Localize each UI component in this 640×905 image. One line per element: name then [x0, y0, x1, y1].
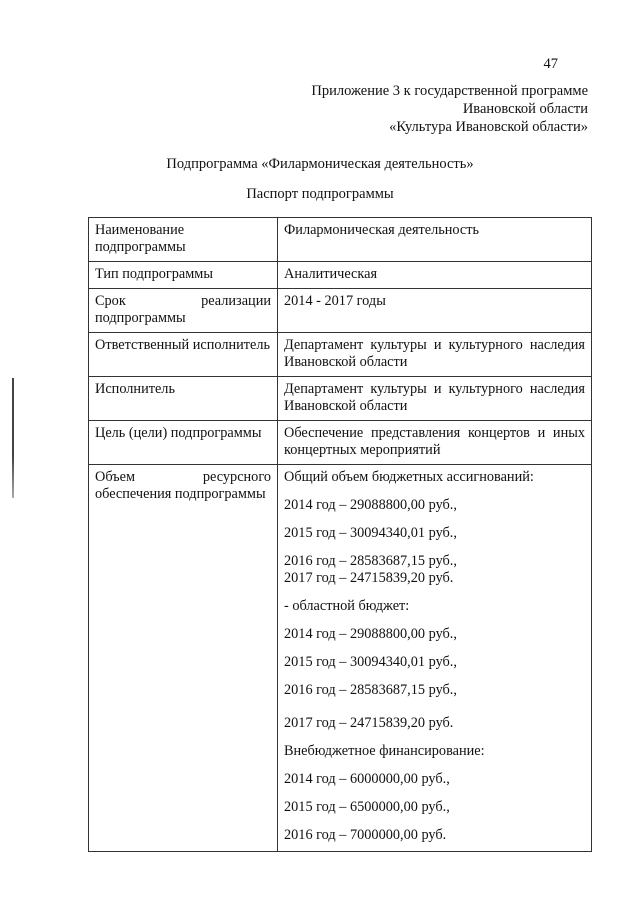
total-2017: 2017 год – 24715839,20 руб.: [284, 570, 585, 587]
passport-table: Наименование подпрограммы Филармоническа…: [88, 217, 592, 852]
extrabudget-header: Внебюджетное финансирование:: [284, 743, 585, 760]
total-2015: 2015 год – 30094340,01 руб.,: [284, 525, 585, 542]
regional-2017: 2017 год – 24715839,20 руб.: [284, 715, 585, 732]
regional-2014: 2014 год – 29088800,00 руб.,: [284, 626, 585, 643]
subprogram-title: Подпрограмма «Филармоническая деятельнос…: [0, 156, 640, 173]
regional-2016: 2016 год – 28583687,15 руб.,: [284, 682, 585, 699]
table-row: Ответственный исполнитель Департамент ку…: [89, 333, 592, 377]
extrabudget-2015: 2015 год – 6500000,00 руб.,: [284, 799, 585, 816]
passport-title: Паспорт подпрограммы: [0, 186, 640, 203]
row-label: Срок реализации подпрограммы: [89, 289, 278, 333]
row-label: Тип подпрограммы: [89, 262, 278, 289]
margin-mark: [12, 378, 14, 498]
funding-label: Объем ресурсного обеспечения подпрограмм…: [89, 465, 278, 852]
appendix-header: Приложение 3 к государственной программе…: [311, 82, 588, 136]
row-label: Наименование подпрограммы: [89, 218, 278, 262]
row-label: Цель (цели) подпрограммы: [89, 421, 278, 465]
row-label: Ответственный исполнитель: [89, 333, 278, 377]
row-value: Обеспечение представления концертов и ин…: [278, 421, 592, 465]
table-row: Срок реализации подпрограммы 2014 - 2017…: [89, 289, 592, 333]
row-value: Департамент культуры и культурного насле…: [278, 377, 592, 421]
funding-row: Объем ресурсного обеспечения подпрограмм…: [89, 465, 592, 852]
page-number: 47: [544, 56, 559, 73]
funding-value: Общий объем бюджетных ассигнований: 2014…: [278, 465, 592, 852]
row-label: Исполнитель: [89, 377, 278, 421]
row-value: Департамент культуры и культурного насле…: [278, 333, 592, 377]
table-row: Цель (цели) подпрограммы Обеспечение пре…: [89, 421, 592, 465]
extrabudget-2016: 2016 год – 7000000,00 руб.: [284, 827, 585, 844]
extrabudget-2014: 2014 год – 6000000,00 руб.,: [284, 771, 585, 788]
total-2016: 2016 год – 28583687,15 руб.,: [284, 553, 585, 570]
table-row: Наименование подпрограммы Филармоническа…: [89, 218, 592, 262]
row-value: 2014 - 2017 годы: [278, 289, 592, 333]
appendix-line-2: Ивановской области: [311, 100, 588, 118]
row-value: Аналитическая: [278, 262, 592, 289]
regional-header: - областной бюджет:: [284, 598, 585, 615]
appendix-line-3: «Культура Ивановской области»: [311, 118, 588, 136]
regional-2015: 2015 год – 30094340,01 руб.,: [284, 654, 585, 671]
appendix-line-1: Приложение 3 к государственной программе: [311, 82, 588, 100]
total-2014: 2014 год – 29088800,00 руб.,: [284, 497, 585, 514]
row-value: Филармоническая деятельность: [278, 218, 592, 262]
table-row: Тип подпрограммы Аналитическая: [89, 262, 592, 289]
total-header: Общий объем бюджетных ассигнований:: [284, 469, 585, 486]
table-row: Исполнитель Департамент культуры и культ…: [89, 377, 592, 421]
